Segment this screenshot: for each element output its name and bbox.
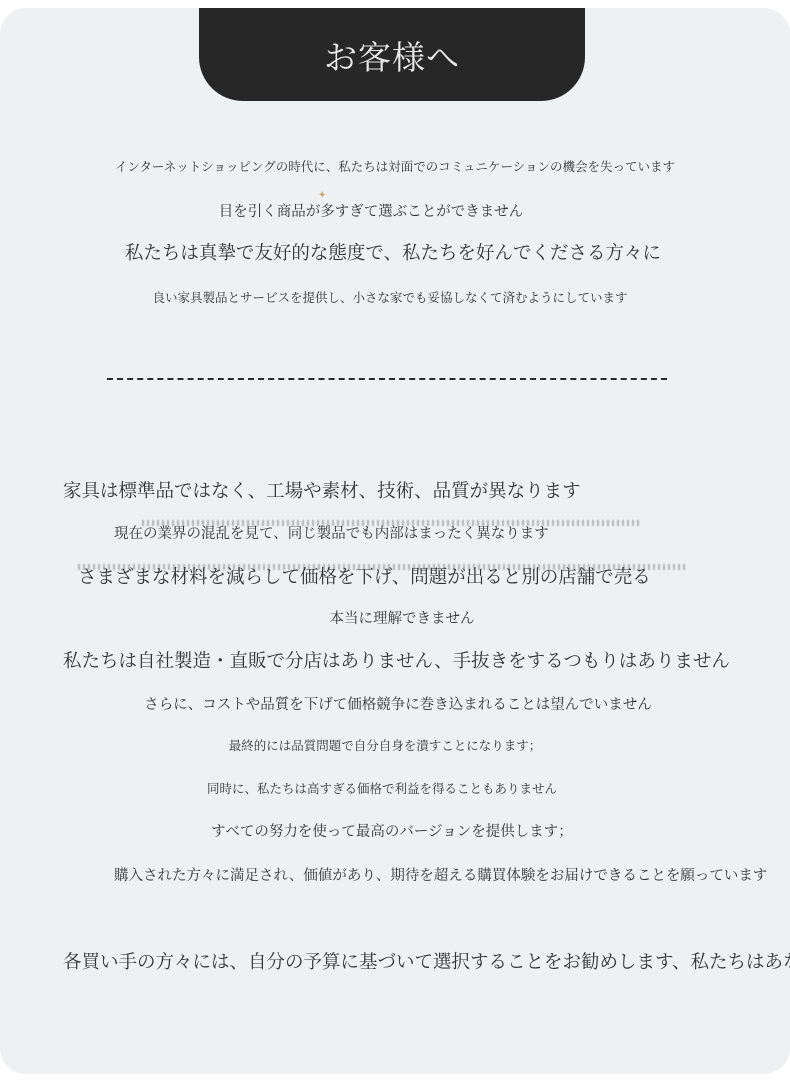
body-line-1: 家具は標準品ではなく、工場や素材、技術、品質が異なります <box>63 483 581 502</box>
notice-card: お客様へ インターネットショッピングの時代に、私たちは対面でのコミュニケーション… <box>0 8 790 1074</box>
body-line-10: 購入された方々に満足され、価値があり、期待を超える購買体験をお届けできることを願… <box>114 869 767 884</box>
body-line-6: さらに、コストや品質を下げて価格競争に巻き込まれることは望んでいません <box>3 698 790 713</box>
dashed-divider <box>107 378 667 380</box>
body-line-4: 本当に理解できません <box>7 612 790 627</box>
body-line-11: 各買い手の方々には、自分の予算に基づいて選択することをお勧めします、私たちはあな… <box>63 954 790 973</box>
page-title: お客様へ <box>324 32 460 79</box>
intro-line-3: 私たちは真摯で友好的な態度で、私たちを好んでくださる方々に <box>0 245 788 264</box>
sparkle-icon: ✦ <box>318 191 328 201</box>
body-line-3: さまざまな材料を減らして価格を下げ、問題が出ると別の店舗で売る <box>78 569 651 588</box>
intro-line-1: インターネットショッピングの時代に、私たちは対面でのコミュニケーションの機会を失… <box>0 161 790 174</box>
body-line-9: すべての努力を使って最高のバージョンを提供します； <box>0 825 787 840</box>
body-line-7: 最終的には品質問題で自分自身を潰すことになります； <box>0 740 780 753</box>
header-tab: お客様へ <box>199 8 585 101</box>
body-line-2: 現在の業界の混乱を見て、同じ製品でも内部はまったく異なります <box>114 527 549 542</box>
body-line-8: 同時に、私たちは高すぎる価格で利益を得ることもありません <box>0 783 777 796</box>
body-line-5: 私たちは自社製造・直販で分店はありません、手抜きをするつもりはありません <box>63 653 730 672</box>
intro-line-2: 目を引く商品が多すぎて選ぶことができません <box>0 205 766 220</box>
intro-line-4: 良い家具製品とサービスを提供し、小さな家でも妥協しなくて済むようにしています <box>0 292 785 305</box>
